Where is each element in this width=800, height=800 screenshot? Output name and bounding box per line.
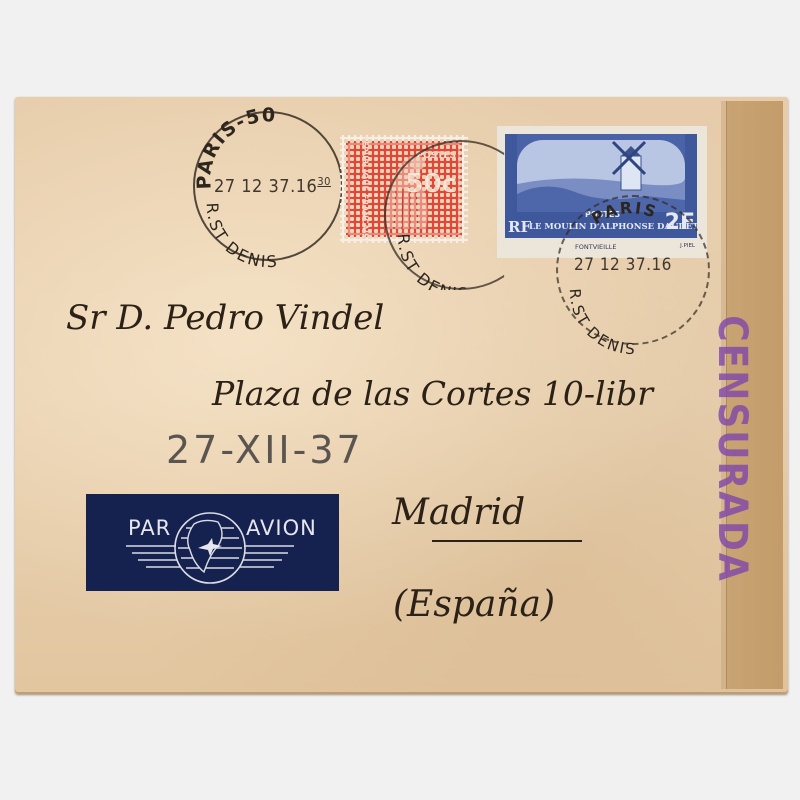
postmark-date: 27 12 37.1630 [214, 175, 331, 197]
censor-stamp: CENSURADA [709, 315, 755, 583]
svg-text:PARIS: PARIS [588, 198, 660, 228]
stamp-side-text: REPUBLIQUE FRANCAISE [360, 135, 369, 245]
globe-wings-icon [86, 494, 339, 591]
pencil-date: 27-XII-37 [166, 428, 364, 472]
address-recipient: Sr D. Pedro Vindel [66, 298, 384, 338]
postmark-date: 27 12 37.16 [574, 255, 672, 275]
stamp-monogram: RF [508, 218, 531, 236]
airmail-label: PAR AVION [86, 494, 339, 591]
address-city: Madrid [392, 492, 525, 533]
postmark-paris-50: PARIS-50 R.ST DENIS 27 12 37.1630 [193, 111, 343, 261]
city-underline [432, 540, 582, 542]
postmark-paris-3: PARIS R.ST DENIS 27 12 37.16 [556, 195, 710, 345]
address-street: Plaza de las Cortes 10-libr [212, 374, 653, 413]
address-country: (España) [393, 584, 555, 625]
